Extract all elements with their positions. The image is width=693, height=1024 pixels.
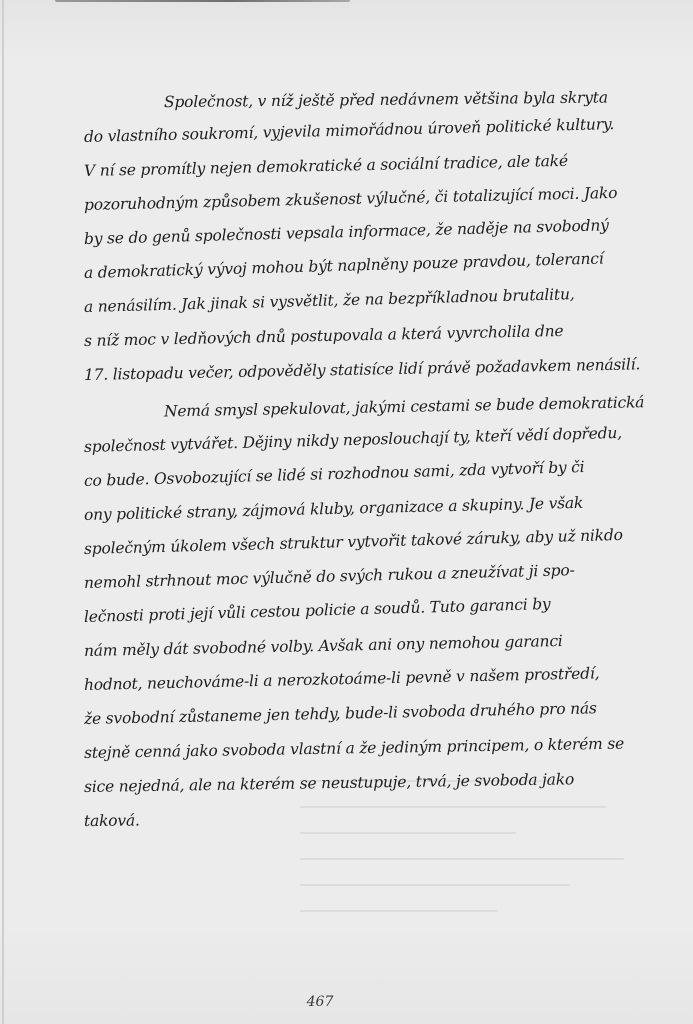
paragraph-1: Společnost, v níž ještě před nedávnem vě… — [84, 86, 659, 392]
handwritten-text: Společnost, v níž ještě před nedávnem vě… — [84, 86, 659, 838]
page-number: 467 — [300, 994, 340, 1010]
page-left-edge — [2, 0, 4, 1024]
page-top-edge-shadow — [55, 0, 350, 2]
manuscript-page: Společnost, v níž ještě před nedávnem vě… — [0, 0, 693, 1024]
text-line: taková. — [84, 799, 659, 838]
paragraph-2: Nemá smysl spekulovat, jakými cestami se… — [84, 396, 659, 838]
